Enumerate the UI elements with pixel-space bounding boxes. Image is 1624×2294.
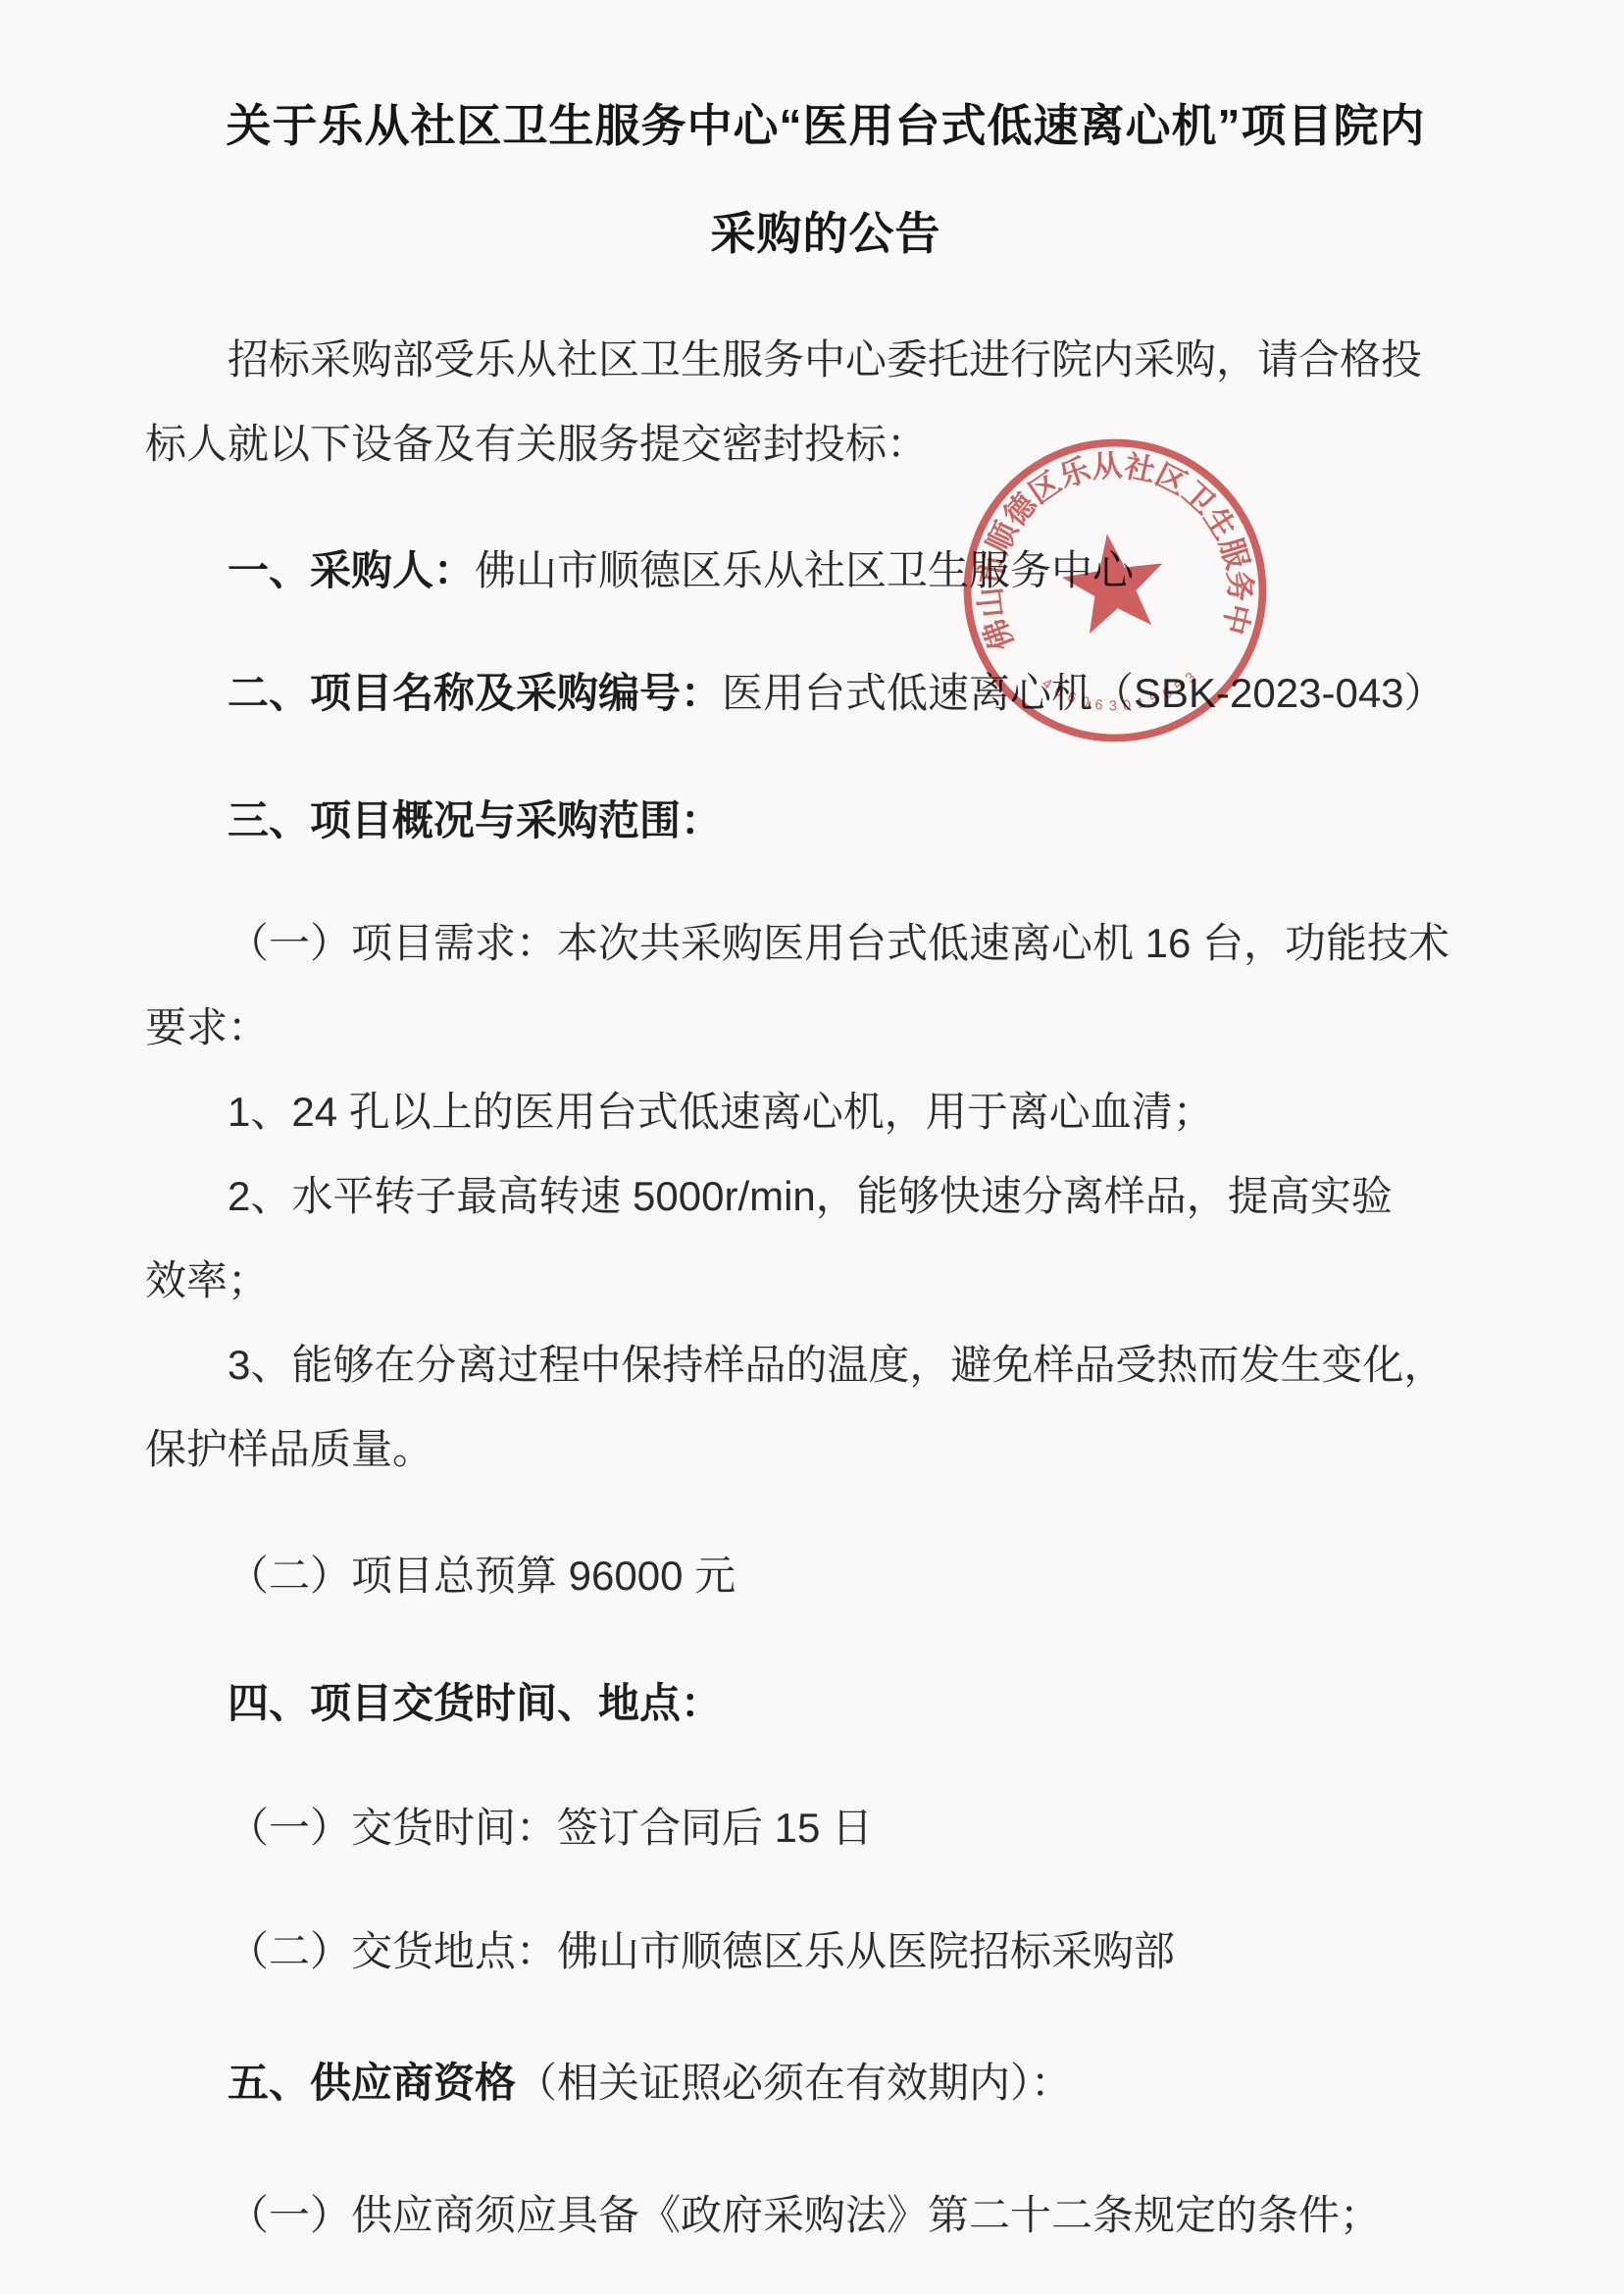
delivery-place-line: （二）交货地点：佛山市顺德区乐从医院招标采购部 bbox=[145, 1910, 1506, 1994]
section-project-name-line: 二、项目名称及采购编号：医用台式低速离心机（SBK-2023-043） bbox=[145, 651, 1506, 736]
tech-requirements: 1、24 孔以上的医用台式低速离心机，用于离心血清； 2、水平转子最高转速 50… bbox=[145, 1070, 1506, 1492]
section-buyer: 一、采购人：佛山市顺德区乐从社区卫生服务中心 bbox=[145, 529, 1506, 613]
section-buyer-label: 一、采购人： bbox=[228, 547, 475, 593]
document-title: 关于乐从社区卫生服务中心“医用台式低速离心机”项目院内 采购的公告 bbox=[145, 72, 1506, 287]
section-buyer-value: 佛山市顺德区乐从社区卫生服务中心 bbox=[475, 547, 1134, 593]
section-project-name-label: 二、项目名称及采购编号： bbox=[228, 670, 722, 716]
delivery-time-line: （一）交货时间：签订合同后 15 日 bbox=[145, 1786, 1506, 1870]
supplier-condition-line: （一）供应商须应具备《政府采购法》第二十二条规定的条件； bbox=[145, 2173, 1506, 2258]
project-requirement-line-2: 要求： bbox=[145, 986, 1506, 1070]
document-content: 关于乐从社区卫生服务中心“医用台式低速离心机”项目院内 采购的公告 招标采购部受… bbox=[0, 0, 1624, 2258]
section-overview-label: 三、项目概况与采购范围： bbox=[228, 797, 722, 843]
section-delivery-label: 四、项目交货时间、地点： bbox=[228, 1680, 722, 1726]
tech-item-3-line-1: 3、能够在分离过程中保持样品的温度，避免样品受热而发生变化， bbox=[145, 1323, 1506, 1407]
tech-item-2-line-2: 效率； bbox=[145, 1239, 1506, 1323]
section-supplier-qualification-note: （相关证照必须在有效期内）： bbox=[516, 2060, 1072, 2106]
intro-paragraph: 招标采购部受乐从社区卫生服务中心委托进行院内采购，请合格投 标人就以下设备及有关… bbox=[145, 318, 1506, 486]
section-supplier-qualification: 五、供应商资格（相关证照必须在有效期内）： bbox=[145, 2041, 1506, 2125]
project-budget-line: （二）项目总预算 96000 元 bbox=[145, 1534, 1506, 1618]
title-line-1: 关于乐从社区卫生服务中心“医用台式低速离心机”项目院内 bbox=[145, 72, 1506, 179]
project-budget: （二）项目总预算 96000 元 bbox=[145, 1534, 1506, 1618]
supplier-condition: （一）供应商须应具备《政府采购法》第二十二条规定的条件； bbox=[145, 2173, 1506, 2258]
delivery-place: （二）交货地点：佛山市顺德区乐从医院招标采购部 bbox=[145, 1910, 1506, 1994]
intro-line-2: 标人就以下设备及有关服务提交密封投标： bbox=[145, 402, 1506, 486]
section-delivery: 四、项目交货时间、地点： bbox=[145, 1661, 1506, 1746]
section-project-name-value: 医用台式低速离心机（SBK-2023-043） bbox=[722, 670, 1446, 716]
delivery-time: （一）交货时间：签订合同后 15 日 bbox=[145, 1786, 1506, 1870]
section-buyer-line: 一、采购人：佛山市顺德区乐从社区卫生服务中心 bbox=[145, 529, 1506, 613]
tech-item-1: 1、24 孔以上的医用台式低速离心机，用于离心血清； bbox=[145, 1070, 1506, 1154]
section-overview-line: 三、项目概况与采购范围： bbox=[145, 779, 1506, 863]
section-overview: 三、项目概况与采购范围： bbox=[145, 779, 1506, 863]
section-supplier-qualification-line: 五、供应商资格（相关证照必须在有效期内）： bbox=[145, 2041, 1506, 2125]
section-supplier-qualification-label: 五、供应商资格 bbox=[228, 2060, 516, 2106]
title-line-2: 采购的公告 bbox=[145, 179, 1506, 287]
project-requirement: （一）项目需求：本次共采购医用台式低速离心机 16 台，功能技术 要求： bbox=[145, 901, 1506, 1070]
document-page: 关于乐从社区卫生服务中心“医用台式低速离心机”项目院内 采购的公告 招标采购部受… bbox=[0, 0, 1624, 2294]
tech-item-2-line-1: 2、水平转子最高转速 5000r/min，能够快速分离样品，提高实验 bbox=[145, 1154, 1506, 1239]
section-delivery-line: 四、项目交货时间、地点： bbox=[145, 1661, 1506, 1746]
section-project-name: 二、项目名称及采购编号：医用台式低速离心机（SBK-2023-043） bbox=[145, 651, 1506, 736]
intro-line-1: 招标采购部受乐从社区卫生服务中心委托进行院内采购，请合格投 bbox=[145, 318, 1506, 402]
project-requirement-line-1: （一）项目需求：本次共采购医用台式低速离心机 16 台，功能技术 bbox=[145, 901, 1506, 986]
tech-item-3-line-2: 保护样品质量。 bbox=[145, 1407, 1506, 1492]
